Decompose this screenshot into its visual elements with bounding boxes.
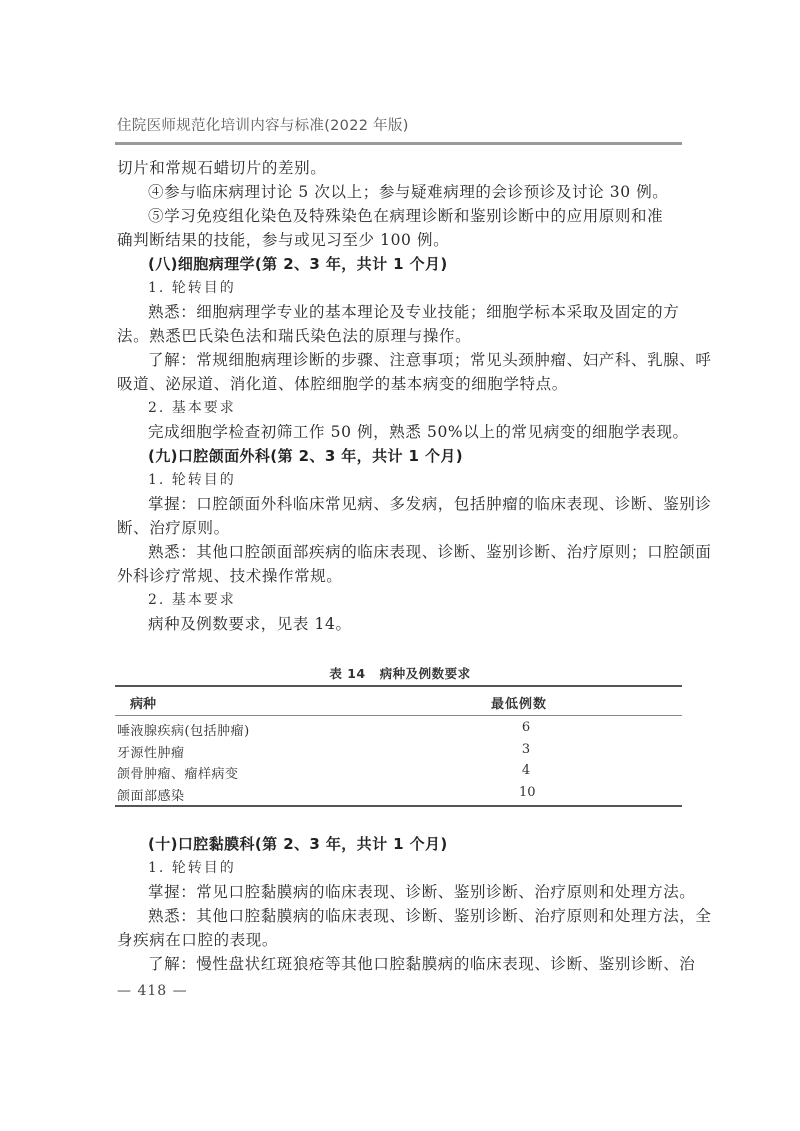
paragraph-master: 掌握：常见口腔黏膜病的临床表现、诊断、鉴别诊断、治疗原则和处理方法。 (148, 880, 695, 904)
paragraph-familiar-line1: 熟悉：细胞病理学专业的基本理论及专业技能；细胞学标本采取及固定的方 (148, 300, 679, 324)
column-header-min-cases: 最低例数 (491, 693, 547, 712)
paragraph-requirement: 病种及例数要求，见表 14。 (148, 612, 352, 636)
cell-min-cases: 10 (519, 785, 533, 800)
subheading-rotation-purpose: 1. 轮转目的 (148, 468, 236, 492)
running-header: 住院医师规范化培训内容与标准(2022 年版) (117, 114, 409, 135)
section-heading-oral-mucosa: (十)口腔黏膜科(第 2、3 年，共计 1 个月) (148, 832, 448, 856)
cell-min-cases: 3 (519, 742, 533, 757)
cell-disease: 唾液腺疾病(包括肿瘤) (117, 720, 250, 739)
column-header-disease: 病种 (130, 693, 156, 712)
table-row: 牙源性肿瘤 3 (115, 739, 682, 761)
cell-disease: 颌面部感染 (117, 785, 185, 804)
cell-disease: 牙源性肿瘤 (117, 742, 185, 761)
cell-min-cases: 4 (519, 763, 533, 778)
paragraph-master-line1: 掌握：口腔颌面外科临床常见病、多发病，包括肿瘤的临床表现、诊断、鉴别诊 (148, 492, 712, 516)
table-14: 病种 最低例数 唾液腺疾病(包括肿瘤) 6 牙源性肿瘤 3 颌骨肿瘤、瘤样病变 … (115, 685, 682, 807)
paragraph-requirement: 完成细胞学检查初筛工作 50 例，熟悉 50%以上的常见病变的细胞学表现。 (148, 420, 689, 444)
cell-min-cases: 6 (519, 720, 533, 735)
page-number: — 418 — (117, 983, 188, 999)
table-title: 病种及例数要求 (380, 666, 471, 681)
paragraph-familiar-line1: 熟悉：其他口腔颌面部疾病的临床表现、诊断、鉴别诊断、治疗原则；口腔颌面 (148, 540, 712, 564)
paragraph-familiar-line2: 身疾病在口腔的表现。 (117, 928, 278, 952)
table-bottom-rule (115, 805, 682, 807)
subheading-basic-requirements: 2. 基本要求 (148, 588, 236, 612)
paragraph-item-4: ④参与临床病理讨论 5 次以上；参与疑难病理的会诊预诊及讨论 30 例。 (148, 180, 668, 204)
header-rule (115, 142, 682, 145)
table-row: 颌面部感染 10 (115, 782, 682, 804)
document-page: 住院医师规范化培训内容与标准(2022 年版) 切片和常规石蜡切片的差别。 ④参… (0, 0, 800, 1131)
paragraph-item-5-line1: ⑤学习免疫组化染色及特殊染色在病理诊断和鉴别诊断中的应用原则和准 (148, 204, 663, 228)
table-number: 表 14 (329, 666, 365, 681)
paragraph-item-5-line2: 确判断结果的技能，参与或见习至少 100 例。 (117, 228, 449, 252)
table-row: 唾液腺疾病(包括肿瘤) 6 (115, 717, 682, 739)
table-row: 颌骨肿瘤、瘤样病变 4 (115, 760, 682, 782)
table-body: 唾液腺疾病(包括肿瘤) 6 牙源性肿瘤 3 颌骨肿瘤、瘤样病变 4 颌面部感染 … (115, 716, 682, 805)
section-heading-cytopathology: (八)细胞病理学(第 2、3 年，共计 1 个月) (148, 252, 448, 276)
paragraph-understand-line2: 吸道、泌尿道、消化道、体腔细胞学的基本病变的细胞学特点。 (117, 372, 568, 396)
paragraph-understand-line1: 了解：常规细胞病理诊断的步骤、注意事项；常见头颈肿瘤、妇产科、乳腺、呼 (148, 348, 712, 372)
paragraph-continuation: 切片和常规石蜡切片的差别。 (117, 156, 326, 180)
section-heading-oral-maxillofacial-surgery: (九)口腔颌面外科(第 2、3 年，共计 1 个月) (148, 444, 463, 468)
paragraph-familiar-line1: 熟悉：其他口腔黏膜病的临床表现、诊断、鉴别诊断、治疗原则和处理方法，全 (148, 904, 712, 928)
paragraph-master-line2: 断、治疗原则。 (117, 516, 230, 540)
subheading-basic-requirements: 2. 基本要求 (148, 396, 236, 420)
subheading-rotation-purpose: 1. 轮转目的 (148, 856, 236, 880)
table-header-row: 病种 最低例数 (115, 687, 682, 715)
paragraph-familiar-line2: 法。熟悉巴氏染色法和瑞氏染色法的原理与操作。 (117, 324, 471, 348)
paragraph-understand-line1: 了解：慢性盘状红斑狼疮等其他口腔黏膜病的临床表现、诊断、鉴别诊断、治 (148, 952, 695, 976)
subheading-rotation-purpose: 1. 轮转目的 (148, 276, 236, 300)
paragraph-familiar-line2: 外科诊疗常规、技术操作常规。 (117, 564, 342, 588)
table-caption: 表 14病种及例数要求 (0, 664, 800, 682)
cell-disease: 颌骨肿瘤、瘤样病变 (117, 763, 239, 782)
